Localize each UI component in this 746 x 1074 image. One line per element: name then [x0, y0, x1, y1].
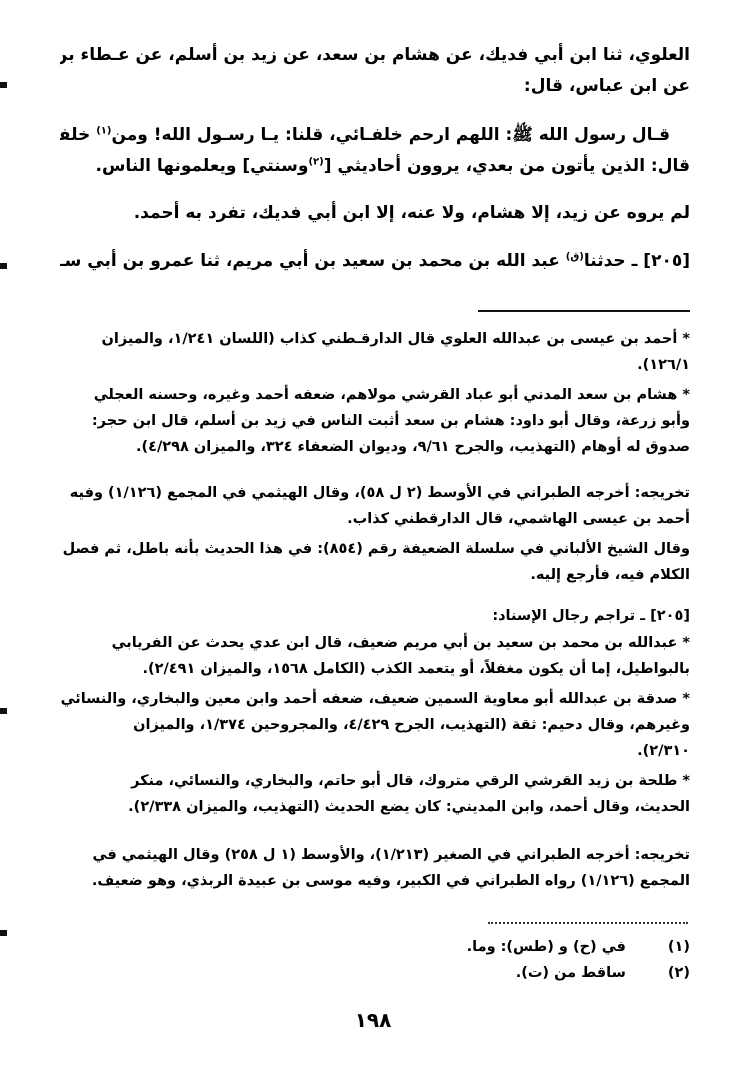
main-text: العلوي، ثنا ابن أبي فديك، عن هشام بن سعد…	[60, 40, 690, 102]
note-line: بالبواطيل، إما أن يكون مغفلاً، أو يتعمد …	[60, 656, 690, 682]
note-line: * أحمد بن عيسى بن عبدالله العلوي قال الد…	[60, 326, 690, 352]
scan-edge-mark	[0, 82, 7, 88]
hadith-number: [٢٠٥] ـ حدثنا	[584, 251, 690, 271]
notes-separator	[478, 310, 690, 312]
note-line: تخريجه: أخرجه الطبراني في الأوسط (٢ ل ٥٨…	[60, 480, 690, 506]
footnote-ref-1[interactable]: (١)	[96, 125, 111, 136]
note-line: المجمع (١/١٢٦) رواه الطبراني في الكبير، …	[60, 868, 690, 894]
main-line-3: قـال رسول الله ﷺ: اللهم ارحم خلفـائي، قل…	[60, 120, 690, 151]
note-line: * طلحة بن زيد القرشي الرقي متروك، قال أب…	[60, 768, 690, 794]
main-line-6: [٢٠٥] ـ حدثنا(ق) عبد الله بن محمد بن سعي…	[60, 246, 690, 277]
footnote-number: (١)	[650, 934, 690, 960]
prophet-quote: قـال رسول الله ﷺ: اللهم ارحم خلفـائي، قل…	[60, 120, 690, 182]
document-page: العلوي، ثنا ابن أبي فديك، عن هشام بن سعد…	[0, 0, 746, 1074]
footnote-number: (٢)	[650, 960, 690, 986]
note-line: الحديث، وقال أحمد، وابن المديني: كان يضع…	[60, 794, 690, 820]
remark: لم يروه عن زيد، إلا هشام، ولا عنه، إلا ا…	[60, 198, 690, 229]
scan-edge-mark	[0, 930, 7, 936]
scan-edge-mark	[0, 708, 7, 714]
note-line: * صدقة بن عبدالله أبو معاوية السمين ضعيف…	[60, 686, 690, 712]
note-line: الكلام فيه، فأرجع إليه.	[60, 562, 690, 588]
footnotes-separator	[488, 922, 688, 924]
quote-start: قـال رسول الله ﷺ: اللهم ارحم خلفـائي، قل…	[111, 125, 670, 145]
footnote-2: (٢) ساقط من (ت).	[60, 960, 690, 986]
note-line: وغيرهم، وقال دحيم: ثقة (التهذيب، الجرح ٤…	[60, 712, 690, 738]
hadith-205-start: [٢٠٥] ـ حدثنا(ق) عبد الله بن محمد بن سعي…	[60, 246, 690, 277]
note-line: أحمد بن عيسى الهاشمي، قال الدارقطني كذاب…	[60, 506, 690, 532]
takhrij-205: تخريجه: أخرجه الطبراني في الصغير (١/٢١٣)…	[60, 842, 690, 894]
answer-end: وسنتي] ويعلمونها الناس.	[96, 156, 309, 176]
footnotes: (١) في (ح) و (طس): وما. (٢) ساقط من (ت).	[60, 934, 690, 986]
source-ref-q: (ق)	[566, 251, 584, 262]
note-line: صدوق له أوهام (التهذيب، والجرح ٩/٦١، ودي…	[60, 434, 690, 460]
narrators-205: * عبدالله بن محمد بن سعيد بن أبي مريم ضع…	[60, 630, 690, 820]
narrators-204: * أحمد بن عيسى بن عبدالله العلوي قال الد…	[60, 326, 690, 460]
section-heading: [٢٠٥] ـ تراجم رجال الإسناد:	[60, 603, 690, 629]
page-number: ١٩٨	[0, 1008, 746, 1032]
footnote-text: ساقط من (ت).	[516, 965, 626, 981]
note-line: ١٢٦/١).	[60, 352, 690, 378]
note-line: ٢/٣١٠).	[60, 738, 690, 764]
note-line: وأبو زرعة، وقال أبو داود: هشام بن سعد أث…	[60, 408, 690, 434]
footnote-ref-2[interactable]: (٢)	[308, 156, 323, 167]
note-line: تخريجه: أخرجه الطبراني في الصغير (١/٢١٣)…	[60, 842, 690, 868]
note-line: * هشام بن سعد المدني أبو عباد القرشي مول…	[60, 382, 690, 408]
takhrij-204: تخريجه: أخرجه الطبراني في الأوسط (٢ ل ٥٨…	[60, 480, 690, 588]
quote-end: خلفـاؤك؟	[60, 125, 96, 145]
main-line-2: عن ابن عباس، قال:	[60, 71, 690, 102]
note-line: * عبدالله بن محمد بن سعيد بن أبي مريم ضع…	[60, 630, 690, 656]
footnote-text: في (ح) و (طس): وما.	[467, 939, 626, 955]
main-line-4: قال: الذين يأتون من بعدي، يروون أحاديثي …	[60, 151, 690, 182]
scan-edge-mark	[0, 263, 7, 269]
heading-205: [٢٠٥] ـ تراجم رجال الإسناد:	[60, 603, 690, 629]
note-line: وقال الشيخ الألباني في سلسلة الضعيفة رقم…	[60, 536, 690, 562]
main-line-5: لم يروه عن زيد، إلا هشام، ولا عنه، إلا ا…	[60, 198, 690, 229]
hadith-isnad: عبد الله بن محمد بن سعيد بن أبي مريم، ثن…	[60, 251, 560, 271]
footnote-1: (١) في (ح) و (طس): وما.	[60, 934, 690, 960]
main-line-1: العلوي، ثنا ابن أبي فديك، عن هشام بن سعد…	[60, 40, 690, 71]
answer-start: قال: الذين يأتون من بعدي، يروون أحاديثي …	[324, 156, 690, 176]
